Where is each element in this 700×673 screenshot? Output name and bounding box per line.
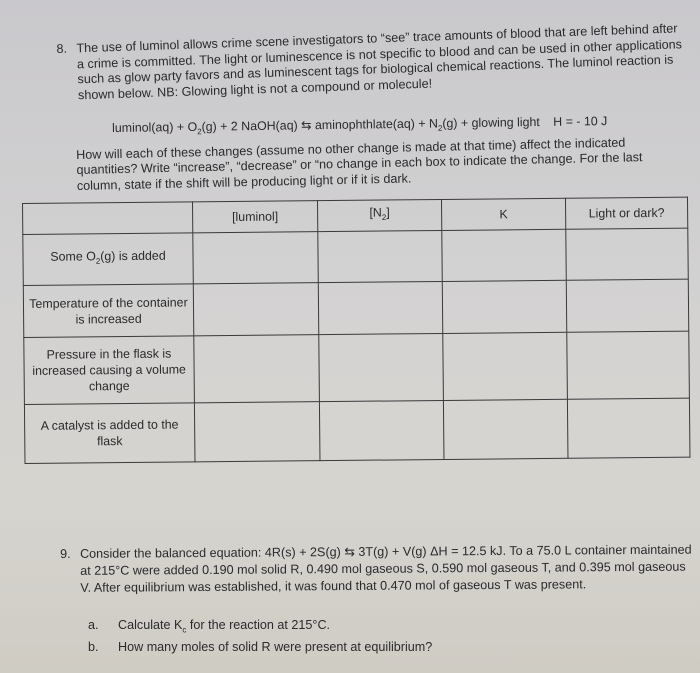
- question-9-number: 9.: [60, 546, 71, 563]
- question-9-text: Consider the balanced equation: 4R(s) + …: [80, 542, 696, 597]
- answer-cell-k[interactable]: [442, 280, 566, 333]
- question-8: 8. The use of luminol allows crime scene…: [56, 13, 686, 104]
- table-row: Temperature of the container is increase…: [23, 279, 688, 337]
- answer-cell-k[interactable]: [443, 399, 568, 459]
- row-label-o2-added: Some O2(g) is added: [23, 233, 193, 286]
- table-row: A catalyst is added to the flask: [24, 398, 690, 463]
- header-luminol: [luminol]: [192, 201, 317, 233]
- table-row: Some O2(g) is added: [23, 228, 688, 285]
- question-8-number: 8.: [56, 42, 67, 58]
- row-label-temperature: Temperature of the container is increase…: [23, 284, 193, 338]
- answer-cell-k[interactable]: [443, 332, 568, 400]
- question-8-text: The use of luminol allows crime scene in…: [76, 13, 686, 103]
- answer-cell-light-dark[interactable]: [566, 228, 688, 280]
- answer-cell-luminol[interactable]: [194, 402, 320, 462]
- worksheet-page: 8. The use of luminol allows crime scene…: [0, 0, 700, 673]
- header-k: K: [441, 198, 565, 230]
- header-light-or-dark: Light or dark?: [565, 197, 687, 229]
- answer-cell-n2[interactable]: [319, 400, 444, 460]
- answer-table: [luminol] [N2] K Light or dark? Some O2(…: [22, 197, 689, 464]
- table-row: Pressure in the flask is increased causi…: [24, 331, 690, 404]
- answer-cell-light-dark[interactable]: [566, 279, 688, 332]
- row-label-catalyst: A catalyst is added to the flask: [24, 403, 195, 464]
- answer-cell-n2[interactable]: [318, 230, 442, 282]
- question-9-part-b: b. How many moles of solid R were presen…: [88, 639, 432, 656]
- answer-cell-k[interactable]: [442, 229, 566, 281]
- enthalpy-value: H = - 10 J: [553, 114, 607, 129]
- equilibrium-arrow-icon: ⇆: [301, 118, 312, 132]
- luminol-equation: luminol(aq) + O2(g) + 2 NaOH(aq) ⇆ amino…: [112, 113, 607, 137]
- row-label-pressure: Pressure in the flask is increased causi…: [24, 336, 195, 405]
- question-8-instructions: How will each of these changes (assume n…: [76, 134, 677, 194]
- header-n2: [N2]: [317, 199, 441, 231]
- question-9: 9. Consider the balanced equation: 4R(s)…: [60, 542, 696, 597]
- answer-cell-light-dark[interactable]: [567, 331, 690, 399]
- answer-cell-light-dark[interactable]: [567, 398, 690, 458]
- question-9-part-a: a. Calculate Kc for the reaction at 215°…: [88, 617, 432, 639]
- answer-cell-luminol[interactable]: [194, 335, 320, 403]
- header-blank: [23, 202, 193, 235]
- answer-cell-n2[interactable]: [319, 333, 444, 401]
- answer-cell-luminol[interactable]: [193, 232, 318, 284]
- answer-cell-n2[interactable]: [318, 281, 442, 334]
- answer-cell-luminol[interactable]: [193, 283, 318, 336]
- question-9-parts: a. Calculate Kc for the reaction at 215°…: [88, 617, 432, 656]
